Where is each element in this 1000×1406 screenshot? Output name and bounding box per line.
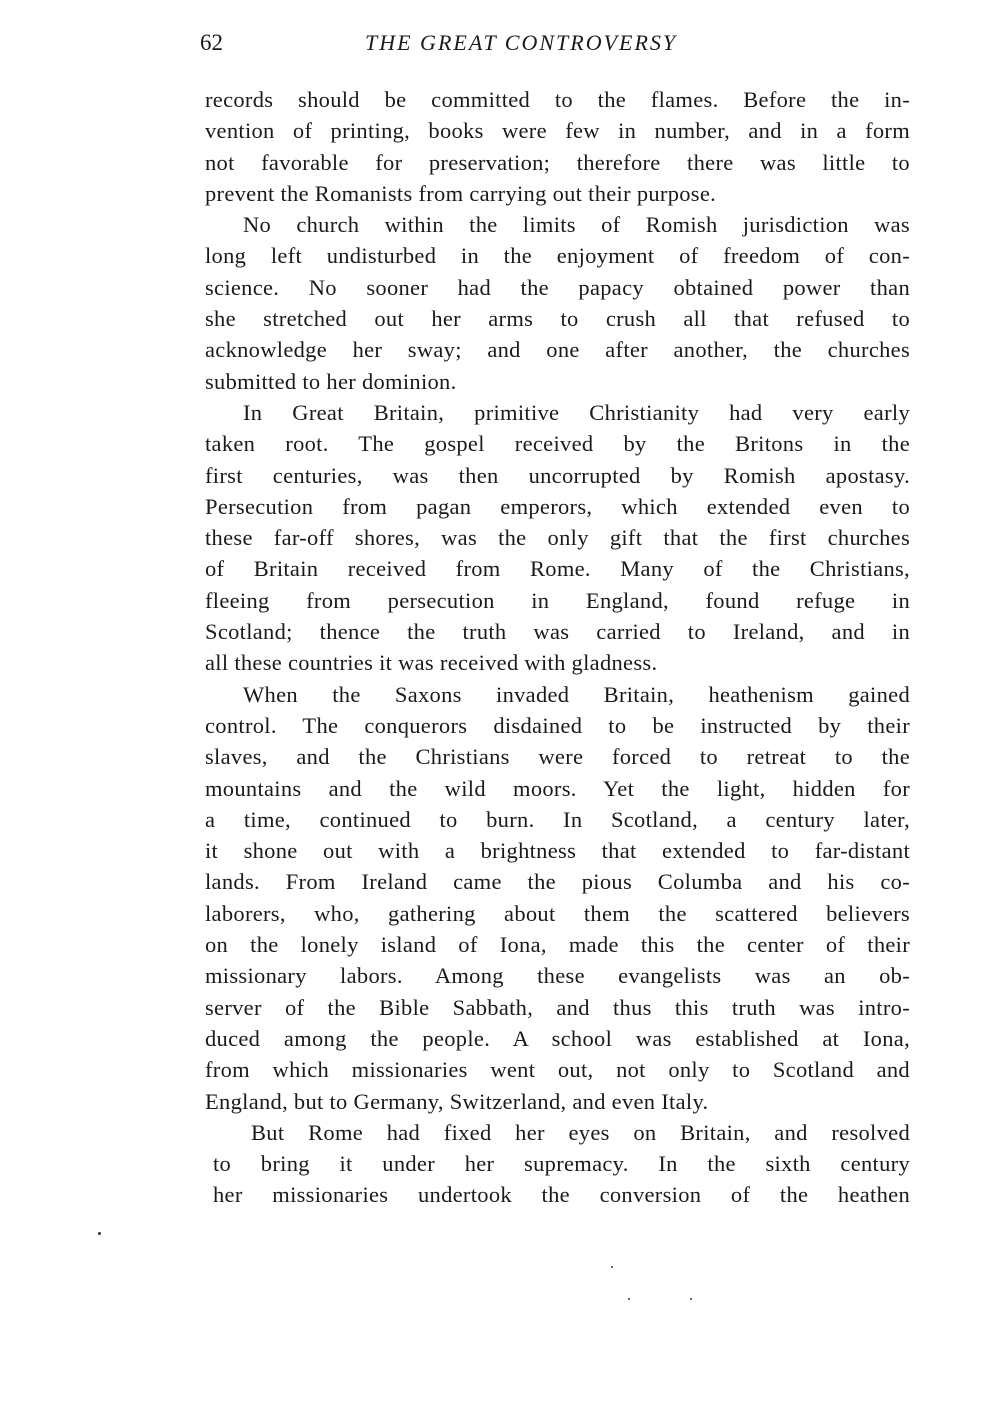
text-line: mountains and the wild moors. Yet the li… <box>205 773 910 804</box>
text-line: taken root. The gospel received by the B… <box>205 428 910 459</box>
text-line: these far-off shores, was the only gift … <box>205 522 910 553</box>
text-line: a time, continued to burn. In Scotland, … <box>205 804 910 835</box>
scan-speck <box>690 1298 692 1300</box>
paragraph: In Great Britain, primitive Christianity… <box>205 397 910 679</box>
text-line: acknowledge her sway; and one after anot… <box>205 334 910 365</box>
text-line: vention of printing, books were few in n… <box>205 115 910 146</box>
text-line: submitted to her dominion. <box>205 366 910 397</box>
text-line: she stretched out her arms to crush all … <box>205 303 910 334</box>
scan-speck <box>628 1298 630 1300</box>
text-line: her missionaries undertook the conversio… <box>213 1179 910 1210</box>
text-line: first centuries, was then uncorrupted by… <box>205 460 910 491</box>
page-number: 62 <box>200 30 223 56</box>
paragraph: When the Saxons invaded Britain, heathen… <box>205 679 910 1117</box>
text-line: laborers, who, gathering about them the … <box>205 898 910 929</box>
text-line: lands. From Ireland came the pious Colum… <box>205 866 910 897</box>
text-line: all these countries it was received with… <box>205 647 910 678</box>
text-line: In Great Britain, primitive Christianity… <box>205 397 910 428</box>
paragraph: No church within the limits of Romish ju… <box>205 209 910 397</box>
text-line: slaves, and the Christians were forced t… <box>205 741 910 772</box>
scan-speck <box>98 1232 101 1235</box>
text-line: control. The conquerors disdained to be … <box>205 710 910 741</box>
body-text: records should be committed to the flame… <box>205 84 910 1211</box>
running-title: THE GREAT CONTROVERSY <box>365 30 677 56</box>
text-line: Scotland; thence the truth was carried t… <box>205 616 910 647</box>
text-line: duced among the people. A school was est… <box>205 1023 910 1054</box>
text-line: on the lonely island of Iona, made this … <box>205 929 910 960</box>
text-line: prevent the Romanists from carrying out … <box>205 178 910 209</box>
text-line: it shone out with a brightness that exte… <box>205 835 910 866</box>
paragraph: But Rome had fixed her eyes on Britain, … <box>213 1117 910 1211</box>
text-line: England, but to Germany, Switzerland, an… <box>205 1086 910 1117</box>
text-line: to bring it under her supremacy. In the … <box>213 1148 910 1179</box>
text-line: server of the Bible Sabbath, and thus th… <box>205 992 910 1023</box>
text-line: science. No sooner had the papacy obtain… <box>205 272 910 303</box>
paragraph: records should be committed to the flame… <box>205 84 910 209</box>
text-line: missionary labors. Among these evangelis… <box>205 960 910 991</box>
text-line: But Rome had fixed her eyes on Britain, … <box>213 1117 910 1148</box>
text-line: No church within the limits of Romish ju… <box>205 209 910 240</box>
text-line: of Britain received from Rome. Many of t… <box>205 553 910 584</box>
text-line: Persecution from pagan emperors, which e… <box>205 491 910 522</box>
text-line: records should be committed to the flame… <box>205 84 910 115</box>
text-line: from which missionaries went out, not on… <box>205 1054 910 1085</box>
scan-speck <box>611 1266 613 1268</box>
text-line: long left undisturbed in the enjoyment o… <box>205 240 910 271</box>
text-line: fleeing from persecution in England, fou… <box>205 585 910 616</box>
text-line: not favorable for preservation; therefor… <box>205 147 910 178</box>
text-line: When the Saxons invaded Britain, heathen… <box>205 679 910 710</box>
